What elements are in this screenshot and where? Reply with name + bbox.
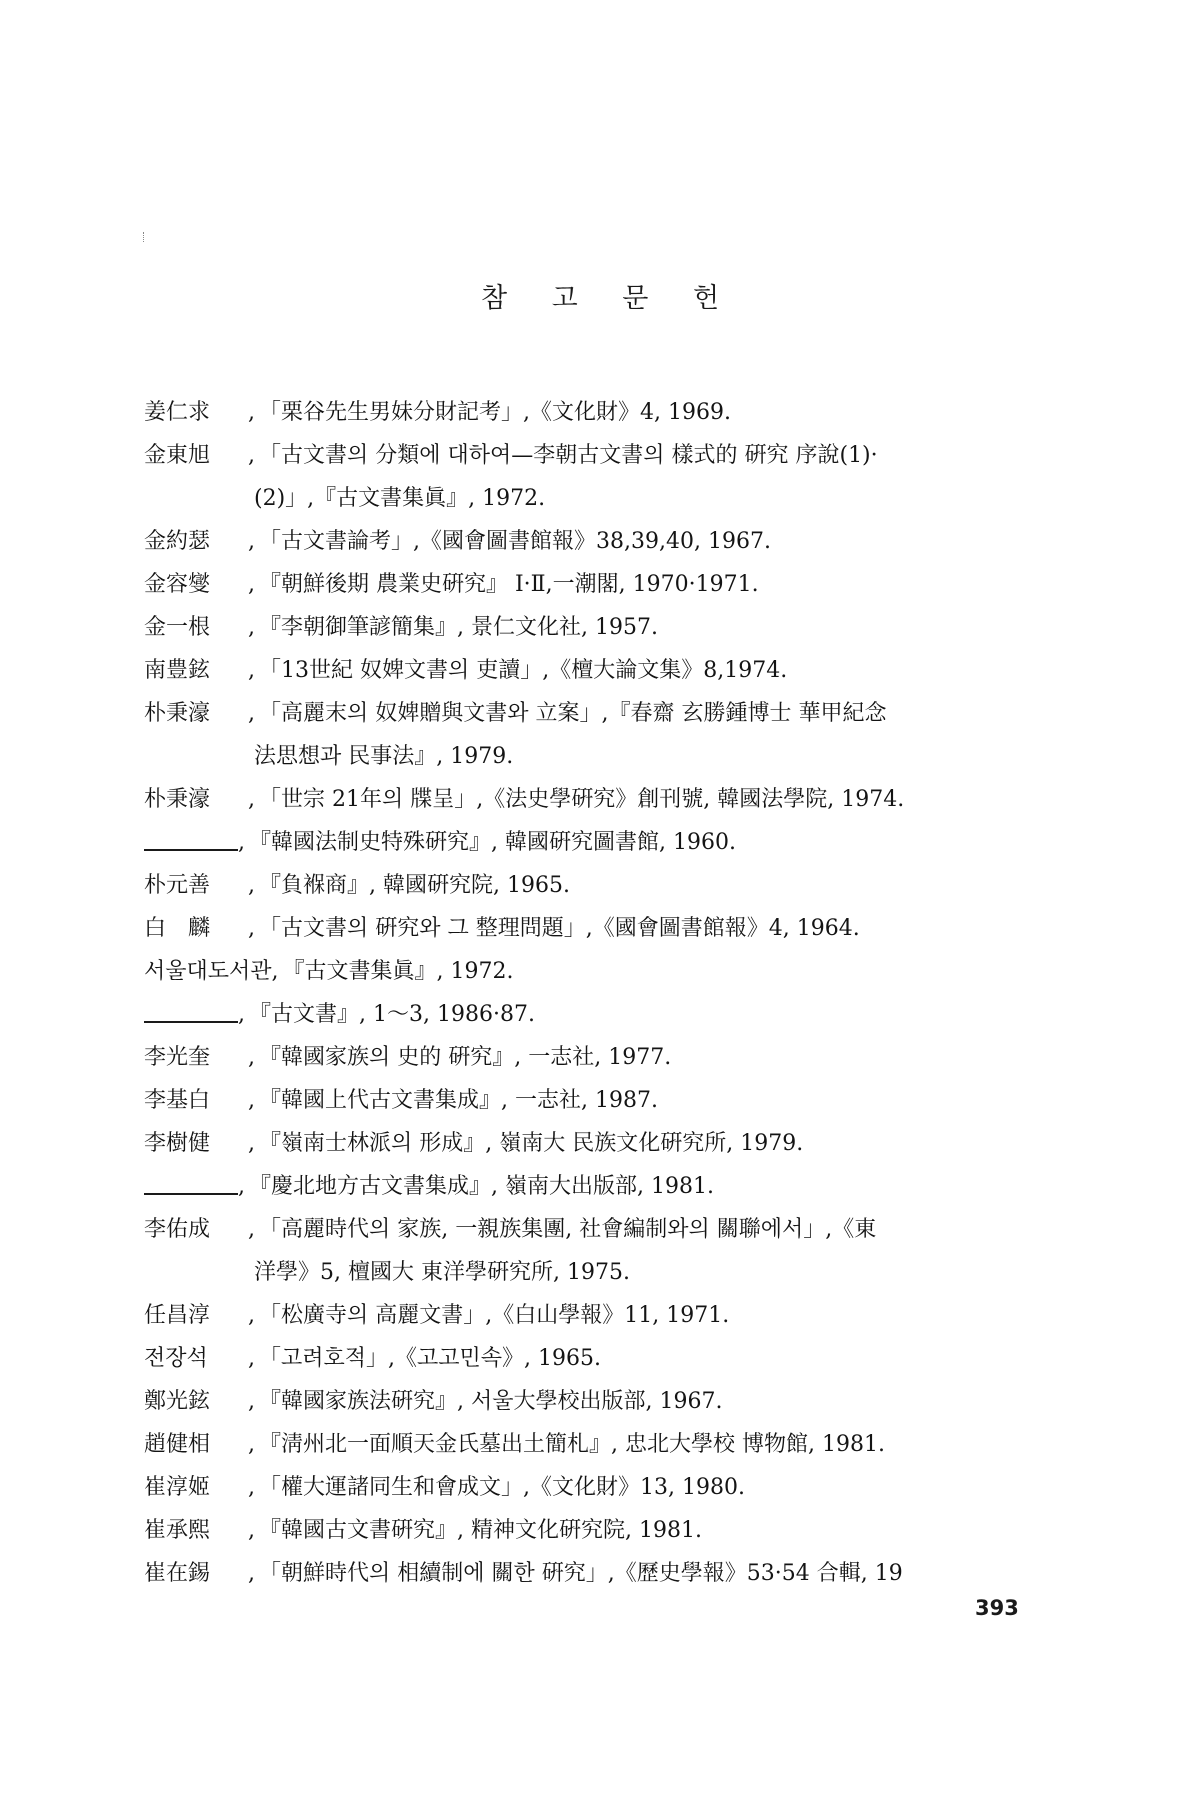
author-separator: ,	[248, 1208, 255, 1251]
reference-entry: 李佑成,「高麗時代의 家族, 一親族集團, 社會編制와의 關聯에서」,《東	[144, 1208, 1044, 1251]
reference-author: 李佑成	[144, 1208, 248, 1251]
ditto-author-line	[144, 821, 238, 851]
author-separator: ,	[248, 1036, 255, 1079]
author-separator: ,	[248, 1122, 255, 1165]
reference-citation: 『古文書』, 1～3, 1986·87.	[249, 993, 535, 1036]
reference-entry: 任昌淳,「松廣寺의 高麗文書」,《白山學報》11, 1971.	[144, 1294, 1044, 1337]
ditto-author-line	[144, 993, 238, 1023]
reference-author: 崔承熙	[144, 1509, 248, 1552]
reference-entry: 金東旭,「古文書의 分類에 대하여—李朝古文書의 樣式的 硏究 序說(1)·	[144, 434, 1044, 477]
reference-author: 金一根	[144, 606, 248, 649]
reference-entry: 白 麟,「古文書의 硏究와 그 整理問題」,《國會圖書館報》4, 1964.	[144, 907, 1044, 950]
author-separator: ,	[248, 563, 255, 606]
reference-continuation: 法思想과 民事法』, 1979.	[144, 735, 1044, 778]
reference-citation: 『李朝御筆諺簡集』, 景仁文化社, 1957.	[259, 606, 658, 649]
reference-citation: 「高麗時代의 家族, 一親族集團, 社會編制와의 關聯에서」,《東	[259, 1208, 876, 1251]
reference-continuation: (2)」,『古文書集眞』, 1972.	[144, 477, 1044, 520]
author-separator: ,	[248, 606, 255, 649]
author-separator: ,	[238, 993, 245, 1036]
reference-citation: 『韓國家族의 史的 硏究』, 一志社, 1977.	[259, 1036, 671, 1079]
reference-author: 金東旭	[144, 434, 248, 477]
reference-author: 金容燮	[144, 563, 248, 606]
reference-author: 趙健相	[144, 1423, 248, 1466]
ditto-author-line	[144, 1165, 238, 1195]
reference-author: 朴秉濠	[144, 692, 248, 735]
reference-citation: 『嶺南士林派의 形成』, 嶺南大 民族文化硏究所, 1979.	[259, 1122, 803, 1165]
reference-citation: 『淸州北一面順天金氏墓出土簡札』, 忠北大學校 博物館, 1981.	[259, 1423, 885, 1466]
reference-author: 崔在錫	[144, 1552, 248, 1595]
reference-author: 李基白	[144, 1079, 248, 1122]
reference-citation: 「世宗 21年의 牒呈」,《法史學硏究》創刊號, 韓國法學院, 1974.	[259, 778, 904, 821]
reference-entry: ,『古文書』, 1～3, 1986·87.	[144, 993, 1044, 1036]
reference-entry: 崔淳姬,「權大運諸同生和會成文」,《文化財》13, 1980.	[144, 1466, 1044, 1509]
reference-citation: 『韓國家族法硏究』, 서울大學校出版部, 1967.	[259, 1380, 722, 1423]
author-separator: ,	[248, 907, 255, 950]
reference-entry: 崔承熙,『韓國古文書硏究』, 精神文化硏究院, 1981.	[144, 1509, 1044, 1552]
author-separator: ,	[248, 1552, 255, 1595]
author-separator: ,	[248, 864, 255, 907]
reference-author: 서울대도서관	[144, 950, 272, 993]
reference-citation: 『負褓商』, 韓國硏究院, 1965.	[259, 864, 570, 907]
page-number: 393	[975, 1596, 1019, 1620]
reference-author: 朴秉濠	[144, 778, 248, 821]
reference-author: 朴元善	[144, 864, 248, 907]
reference-citation: 「13世紀 奴婢文書의 吏讀」,《檀大論文集》8,1974.	[259, 649, 787, 692]
reference-entry: ,『慶北地方古文書集成』, 嶺南大出版部, 1981.	[144, 1165, 1044, 1208]
author-separator: ,	[238, 1165, 245, 1208]
reference-citation: 「栗谷先生男妹分財記考」,《文化財》4, 1969.	[259, 391, 731, 434]
reference-entry: 金約瑟,「古文書論考」,《國會圖書館報》38,39,40, 1967.	[144, 520, 1044, 563]
author-separator: ,	[248, 1294, 255, 1337]
author-separator: ,	[248, 1466, 255, 1509]
author-separator: ,	[248, 1380, 255, 1423]
reference-author: 白 麟	[144, 907, 248, 950]
reference-entry: 朴秉濠,「高麗末의 奴婢贈與文書와 立案」,『春齋 玄勝鍾博士 華甲紀念	[144, 692, 1044, 735]
author-separator: ,	[248, 1337, 255, 1380]
reference-continuation: 洋學》5, 檀國大 東洋學硏究所, 1975.	[144, 1251, 1044, 1294]
reference-list: 姜仁求,「栗谷先生男妹分財記考」,《文化財》4, 1969.金東旭,「古文書의 …	[144, 391, 1044, 1595]
author-separator: ,	[248, 1079, 255, 1122]
reference-author: 姜仁求	[144, 391, 248, 434]
reference-author: 任昌淳	[144, 1294, 248, 1337]
reference-entry: 金一根,『李朝御筆諺簡集』, 景仁文化社, 1957.	[144, 606, 1044, 649]
reference-citation: 『韓國法制史特殊硏究』, 韓國硏究圖書館, 1960.	[249, 821, 736, 864]
reference-citation: 『韓國上代古文書集成』, 一志社, 1987.	[259, 1079, 658, 1122]
reference-entry: 朴秉濠,「世宗 21年의 牒呈」,《法史學硏究》創刊號, 韓國法學院, 1974…	[144, 778, 1044, 821]
reference-author: 李光奎	[144, 1036, 248, 1079]
author-separator: ,	[238, 821, 245, 864]
reference-entry: ,『韓國法制史特殊硏究』, 韓國硏究圖書館, 1960.	[144, 821, 1044, 864]
reference-entry: 崔在錫,「朝鮮時代의 相續制에 關한 硏究」,《歷史學報》53·54 合輯, 1…	[144, 1552, 1044, 1595]
reference-entry: 李光奎,『韓國家族의 史的 硏究』, 一志社, 1977.	[144, 1036, 1044, 1079]
author-separator: ,	[248, 692, 255, 735]
reference-author: 전장석	[144, 1337, 248, 1380]
reference-entry: 趙健相,『淸州北一面順天金氏墓出土簡札』, 忠北大學校 博物館, 1981.	[144, 1423, 1044, 1466]
author-separator: ,	[248, 434, 255, 477]
document-page: 참 고 문 헌 姜仁求,「栗谷先生男妹分財記考」,《文化財》4, 1969.金東…	[0, 0, 1200, 1800]
reference-entry: 姜仁求,「栗谷先生男妹分財記考」,《文化財》4, 1969.	[144, 391, 1044, 434]
reference-citation: 「古文書의 硏究와 그 整理問題」,《國會圖書館報》4, 1964.	[259, 907, 860, 950]
reference-citation: 「高麗末의 奴婢贈與文書와 立案」,『春齋 玄勝鍾博士 華甲紀念	[259, 692, 886, 735]
reference-citation: 『朝鮮後期 農業史硏究』 Ⅰ·Ⅱ,一潮閣, 1970·1971.	[259, 563, 759, 606]
author-separator: ,	[248, 1509, 255, 1552]
reference-entry: 전장석,「고려호적」,《고고민속》, 1965.	[144, 1337, 1044, 1380]
author-separator: ,	[248, 391, 255, 434]
reference-entry: 金容燮,『朝鮮後期 農業史硏究』 Ⅰ·Ⅱ,一潮閣, 1970·1971.	[144, 563, 1044, 606]
reference-author: 崔淳姬	[144, 1466, 248, 1509]
reference-citation: 「古文書의 分類에 대하여—李朝古文書의 樣式的 硏究 序說(1)·	[259, 434, 878, 477]
reference-entry: 朴元善,『負褓商』, 韓國硏究院, 1965.	[144, 864, 1044, 907]
reference-author: 李樹健	[144, 1122, 248, 1165]
reference-entry: 鄭光鉉,『韓國家族法硏究』, 서울大學校出版部, 1967.	[144, 1380, 1044, 1423]
author-separator: ,	[248, 778, 255, 821]
author-separator: ,	[248, 649, 255, 692]
page-title: 참 고 문 헌	[0, 276, 1200, 315]
author-separator: ,	[248, 520, 255, 563]
reference-author: 金約瑟	[144, 520, 248, 563]
reference-citation: 『韓國古文書硏究』, 精神文化硏究院, 1981.	[259, 1509, 702, 1552]
reference-citation: 『古文書集眞』, 1972.	[283, 950, 514, 993]
reference-citation: 「朝鮮時代의 相續制에 關한 硏究」,《歷史學報》53·54 合輯, 19	[259, 1552, 903, 1595]
reference-citation: 『慶北地方古文書集成』, 嶺南大出版部, 1981.	[249, 1165, 714, 1208]
author-separator: ,	[248, 1423, 255, 1466]
reference-author: 鄭光鉉	[144, 1380, 248, 1423]
scan-speck	[143, 232, 146, 242]
reference-citation: 「古文書論考」,《國會圖書館報》38,39,40, 1967.	[259, 520, 771, 563]
reference-citation: 「고려호적」,《고고민속》, 1965.	[259, 1337, 601, 1380]
reference-citation: 「松廣寺의 高麗文書」,《白山學報》11, 1971.	[259, 1294, 729, 1337]
reference-entry: 李基白,『韓國上代古文書集成』, 一志社, 1987.	[144, 1079, 1044, 1122]
reference-entry: 李樹健,『嶺南士林派의 形成』, 嶺南大 民族文化硏究所, 1979.	[144, 1122, 1044, 1165]
reference-citation: 「權大運諸同生和會成文」,《文化財》13, 1980.	[259, 1466, 745, 1509]
reference-entry: 서울대도서관,『古文書集眞』, 1972.	[144, 950, 1044, 993]
reference-entry: 南豊鉉,「13世紀 奴婢文書의 吏讀」,《檀大論文集》8,1974.	[144, 649, 1044, 692]
reference-author: 南豊鉉	[144, 649, 248, 692]
author-separator: ,	[272, 950, 279, 993]
